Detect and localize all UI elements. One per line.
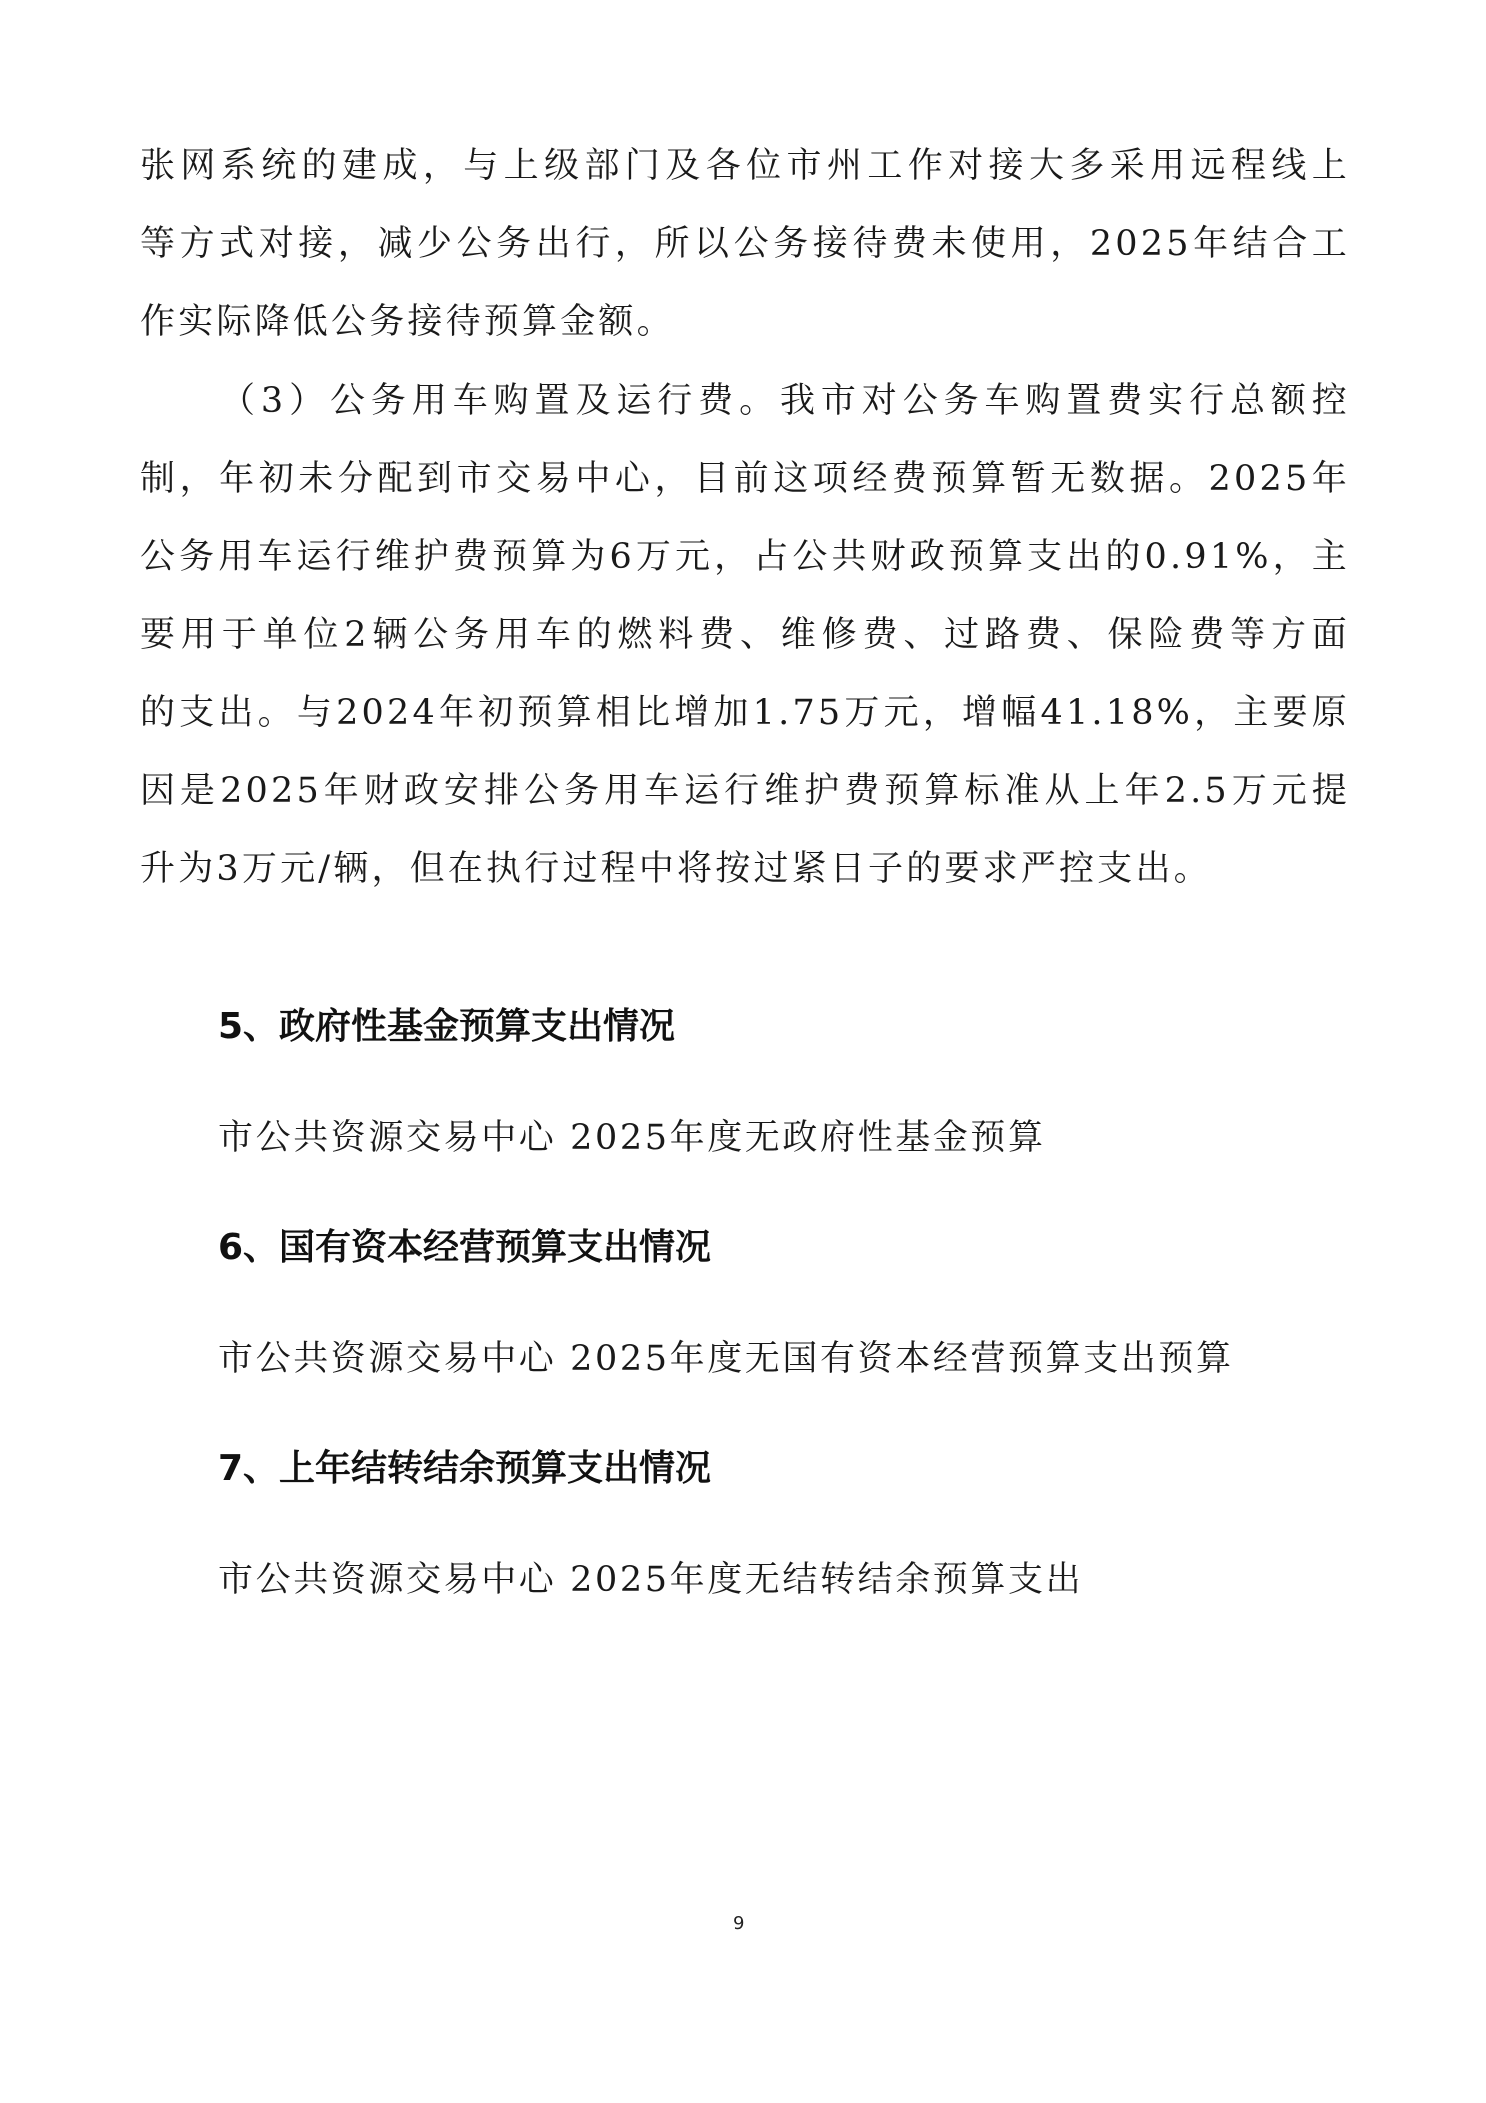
document-page: 张网系统的建成，与上级部门及各位市州工作对接大多采用远程线上 等方式对接，减少公…: [0, 0, 1486, 2103]
section-body-7: 市公共资源交易中心 2025年度无结转结余预算支出: [218, 1560, 1083, 1600]
paragraph-line: 要用于单位2辆公务用车的燃料费、维修费、过路费、保险费等方面: [140, 615, 1350, 655]
paragraph-line: 公务用车运行维护费预算为6万元，占公共财政预算支出的0.91%，主: [140, 537, 1350, 577]
section-body-6: 市公共资源交易中心 2025年度无国有资本经营预算支出预算: [218, 1339, 1234, 1379]
paragraph-line: 作实际降低公务接待预算金额。: [140, 302, 1350, 342]
paragraph-line: 张网系统的建成，与上级部门及各位市州工作对接大多采用远程线上: [140, 146, 1350, 186]
section-heading-7: 7、上年结转结余预算支出情况: [218, 1449, 711, 1489]
paragraph-line: 因是2025年财政安排公务用车运行维护费预算标准从上年2.5万元提: [140, 771, 1350, 811]
page-number: 9: [733, 1912, 744, 1936]
paragraph-line: 的支出。与2024年初预算相比增加1.75万元，增幅41.18%，主要原: [140, 693, 1350, 733]
section-heading-5: 5、政府性基金预算支出情况: [218, 1007, 675, 1047]
paragraph-line: 升为3万元/辆，但在执行过程中将按过紧日子的要求严控支出。: [140, 849, 1350, 889]
section-body-5: 市公共资源交易中心 2025年度无政府性基金预算: [218, 1118, 1046, 1158]
paragraph-line: 制，年初未分配到市交易中心，目前这项经费预算暂无数据。2025年: [140, 459, 1350, 499]
paragraph-line: （3）公务用车购置及运行费。我市对公务车购置费实行总额控: [220, 381, 1350, 421]
section-heading-6: 6、国有资本经营预算支出情况: [218, 1228, 711, 1268]
paragraph-line: 等方式对接，减少公务出行，所以公务接待费未使用，2025年结合工: [140, 224, 1350, 264]
